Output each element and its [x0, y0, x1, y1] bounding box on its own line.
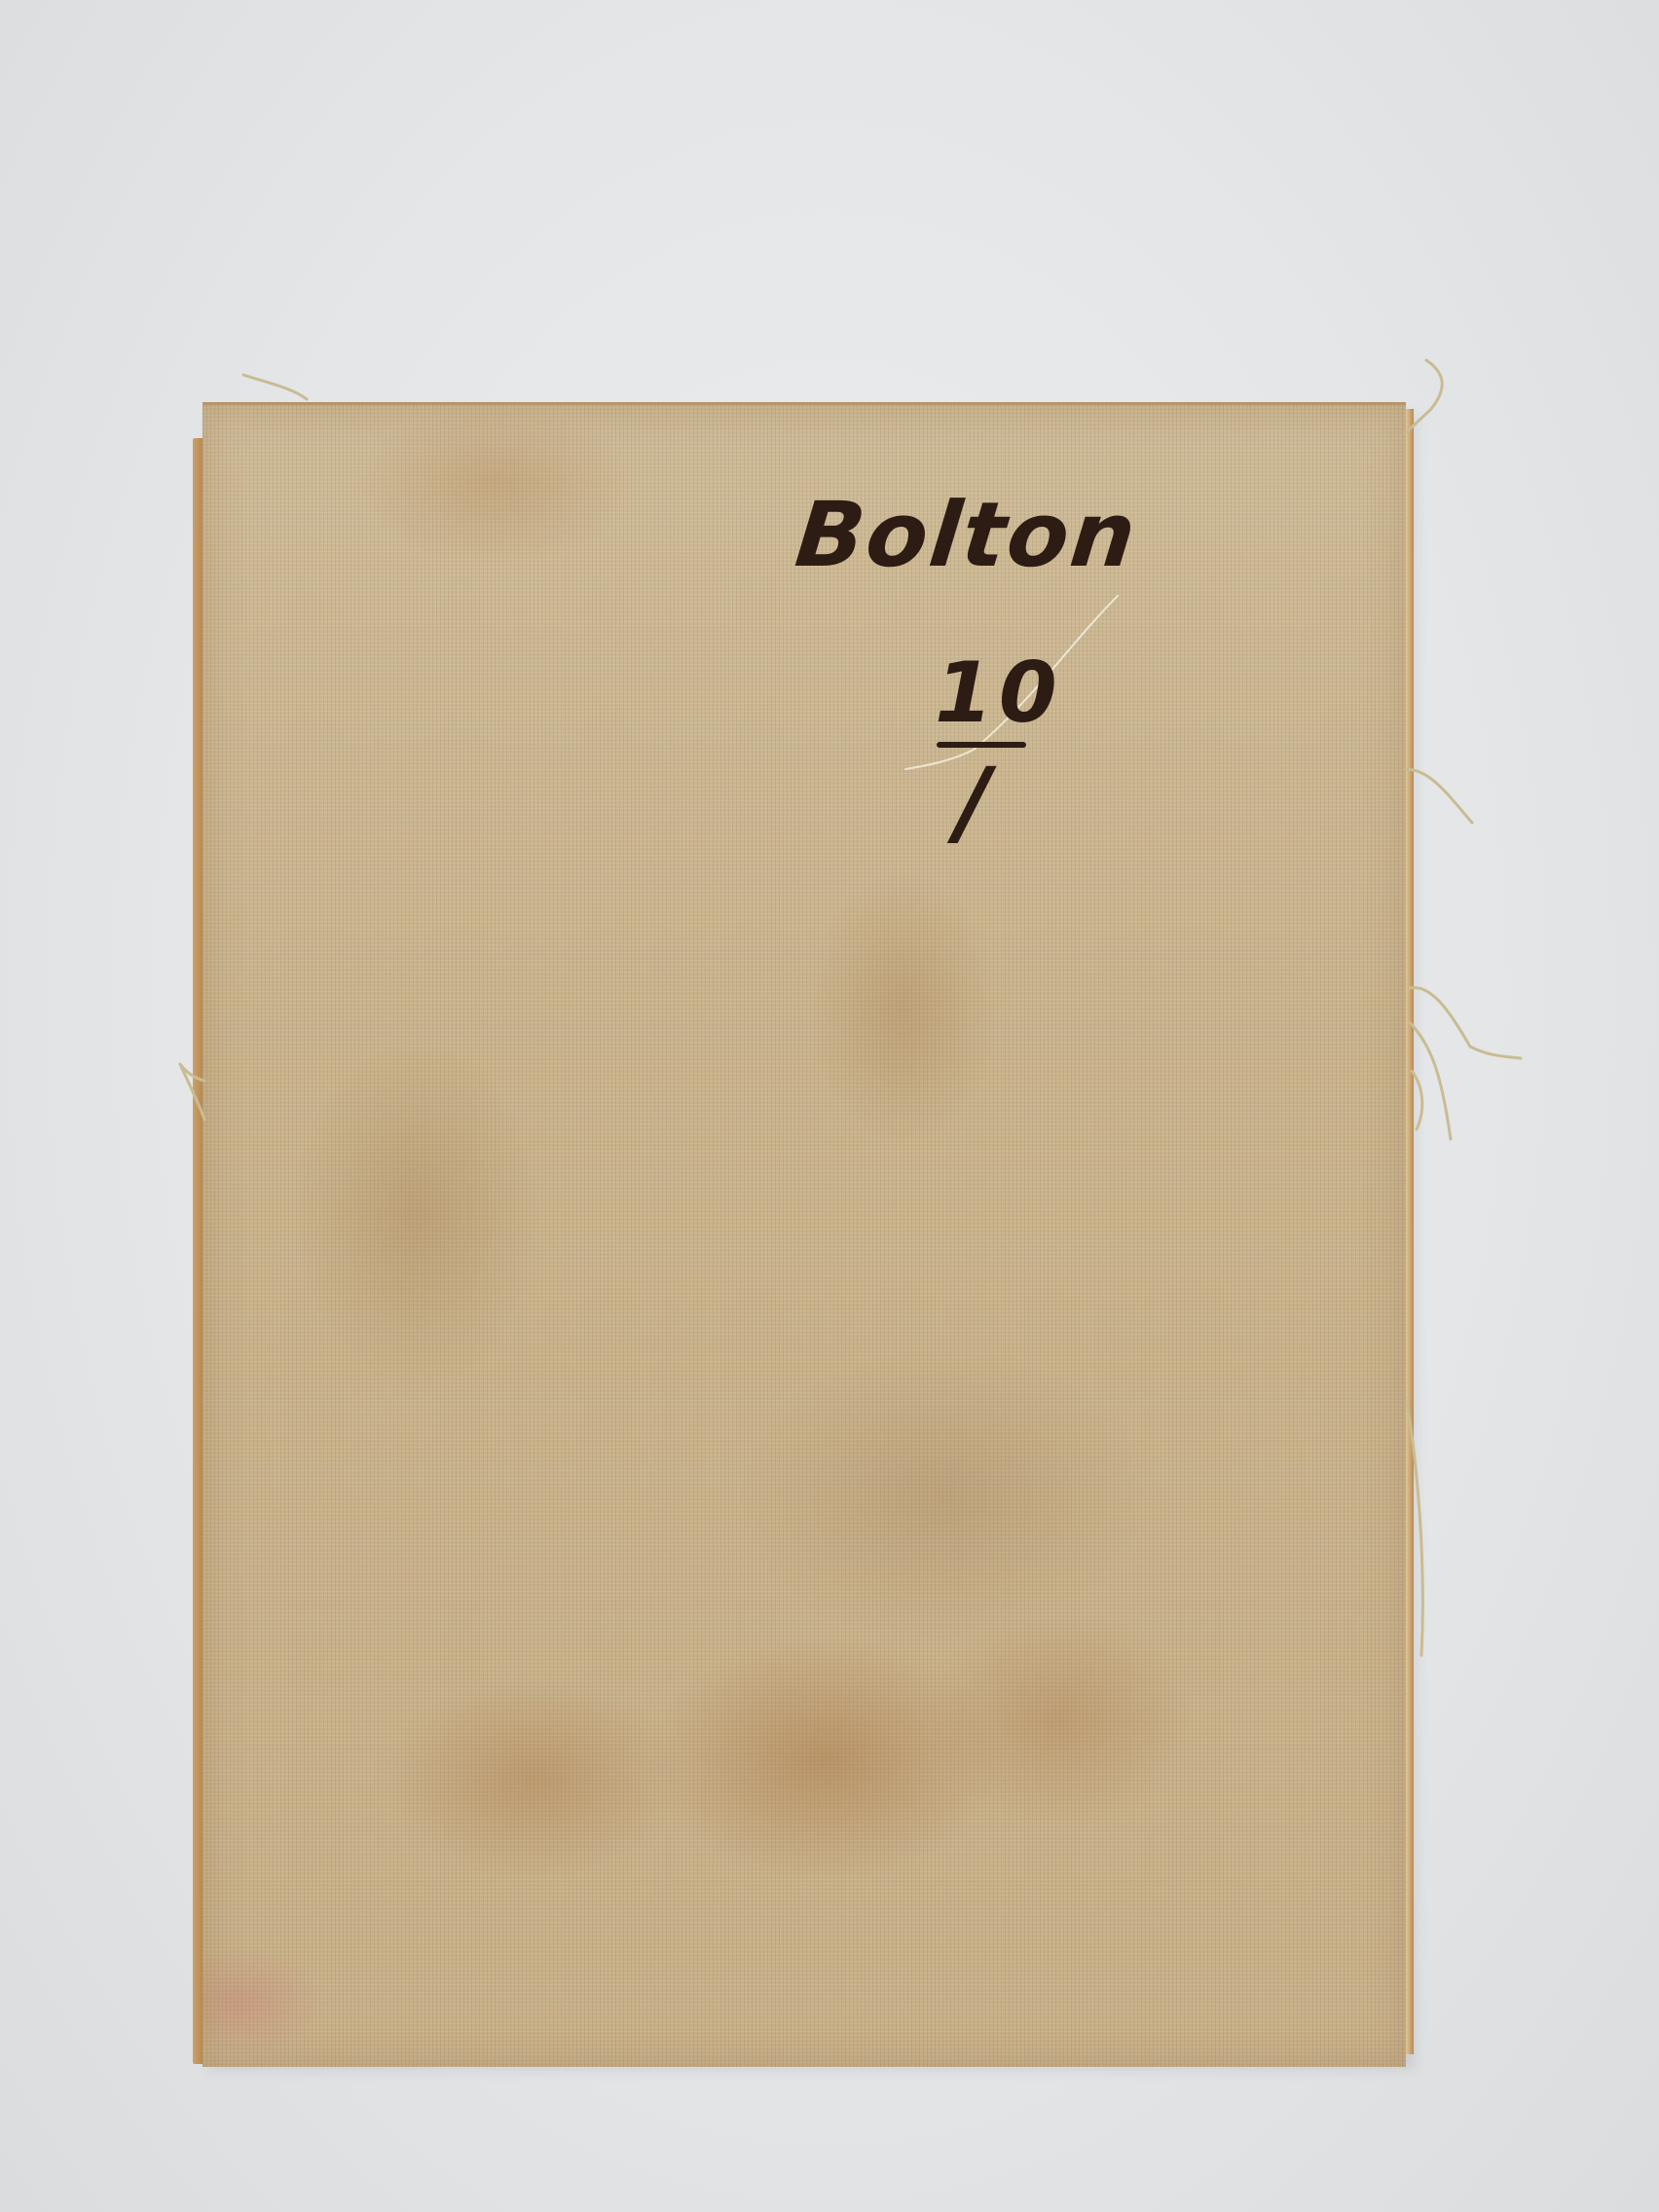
cover-number-denominator: /	[956, 748, 992, 857]
notebook-cover	[203, 402, 1406, 2067]
cover-title-handwritten: Bolton	[791, 483, 1142, 587]
cover-number-numerator: 10	[935, 645, 1063, 742]
